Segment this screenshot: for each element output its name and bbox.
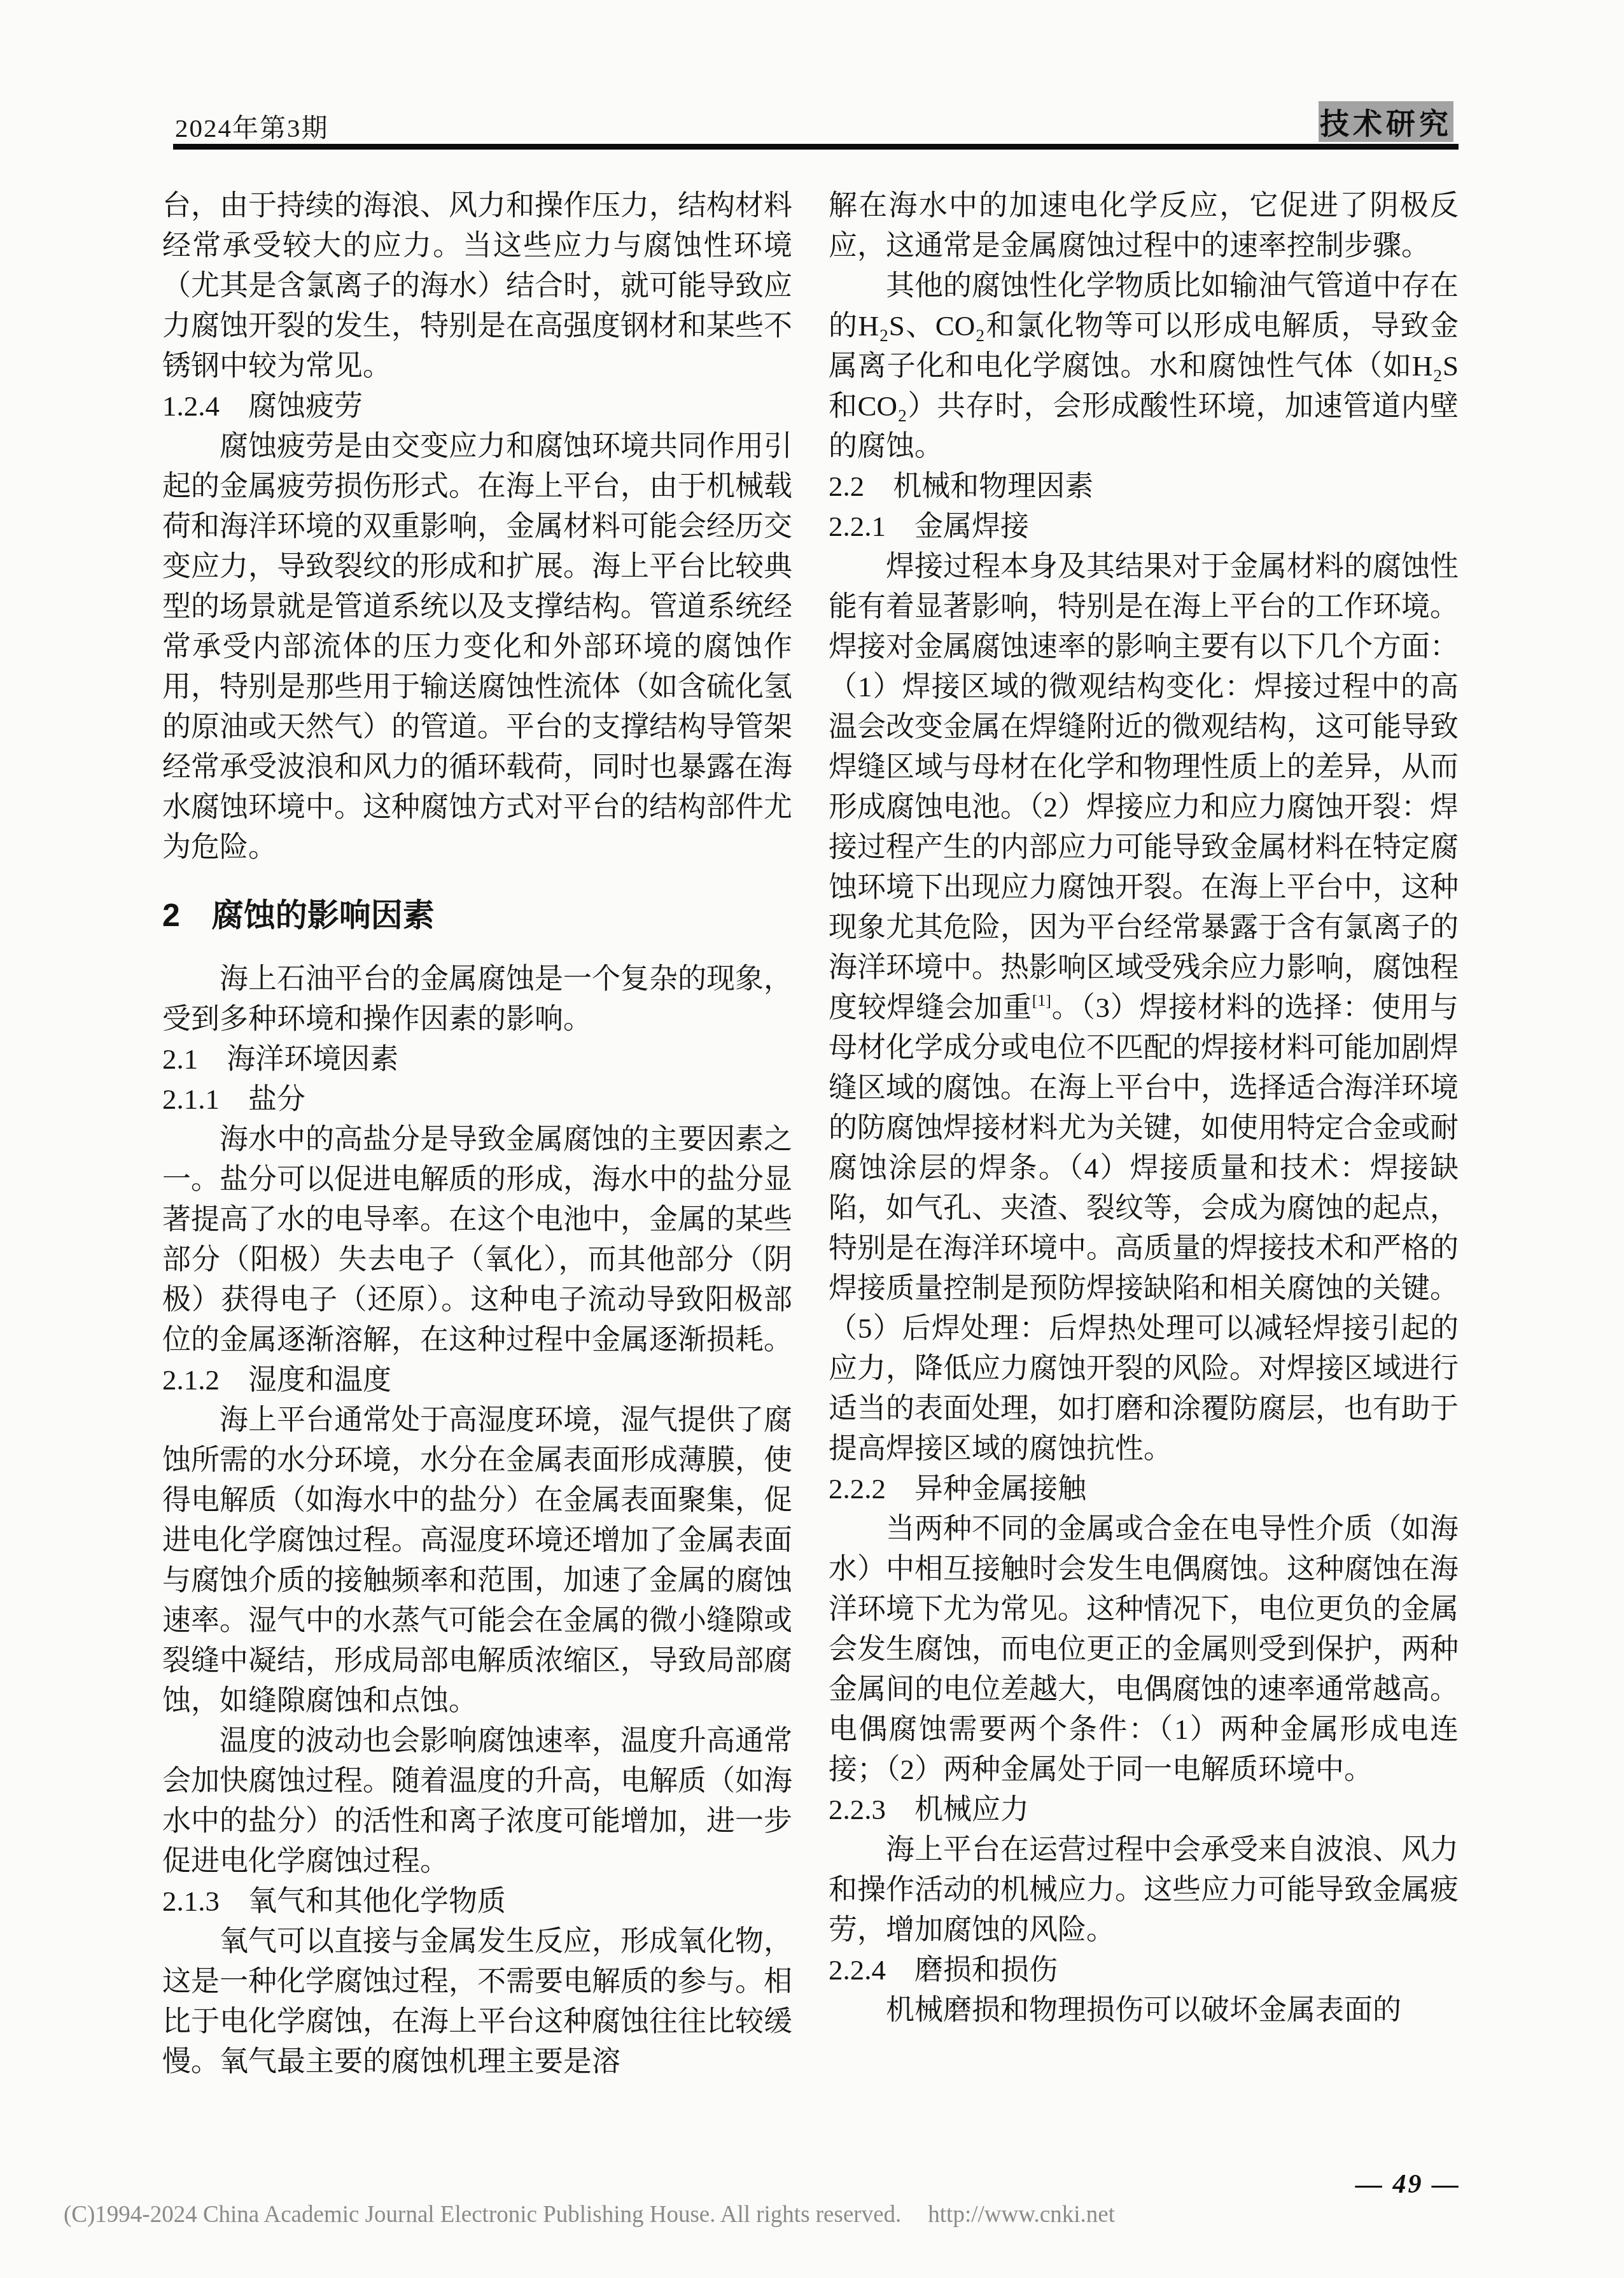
page-number: — 49 —: [1355, 2169, 1460, 2200]
paragraph: 腐蚀疲劳是由交变应力和腐蚀环境共同作用引起的金属疲劳损伤形式。在海上平台，由于机…: [162, 426, 792, 868]
paragraph: 解在海水中的加速电化学反应，它促进了阴极反应，这通常是金属腐蚀过程中的速率控制步…: [829, 186, 1459, 266]
section-heading: 2.2.4 磨损和损伤: [829, 1950, 1459, 1990]
header-rule: [173, 144, 1459, 150]
section-heading: 1.2.4 腐蚀疲劳: [162, 386, 792, 426]
paragraph: 温度的波动也会影响腐蚀速率，温度升高通常会加快腐蚀过程。随着温度的升高，电解质（…: [162, 1721, 792, 1881]
citation-marker: [1]: [1032, 991, 1051, 1009]
section-heading: 2.2.3 机械应力: [829, 1790, 1459, 1830]
paragraph: 焊接过程本身及其结果对于金属材料的腐蚀性能有着显著影响，特别是在海上平台的工作环…: [829, 547, 1459, 1469]
column-right: 解在海水中的加速电化学反应，它促进了阴极反应，这通常是金属腐蚀过程中的速率控制步…: [829, 186, 1459, 2030]
paragraph: 海水中的高盐分是导致金属腐蚀的主要因素之一。盐分可以促进电解质的形成，海水中的盐…: [162, 1120, 792, 1360]
paragraph: 海上平台通常处于高湿度环境，湿气提供了腐蚀所需的水分环境，水分在金属表面形成薄膜…: [162, 1400, 792, 1721]
section-heading: 2.2.1 金属焊接: [829, 507, 1459, 547]
section-heading: 2.2 机械和物理因素: [829, 467, 1459, 507]
section-heading: 2.1.3 氧气和其他化学物质: [162, 1881, 792, 1922]
copyright-text: (C)1994-2024 China Academic Journal Elec…: [64, 2202, 901, 2228]
column-left: 台，由于持续的海浪、风力和操作压力，结构材料经常承受较大的应力。当这些应力与腐蚀…: [162, 186, 792, 2082]
paragraph: 当两种不同的金属或合金在电导性介质（如海水）中相互接触时会发生电偶腐蚀。这种腐蚀…: [829, 1509, 1459, 1790]
paragraph: 海上平台在运营过程中会承受来自波浪、风力和操作活动的机械应力。这些应力可能导致金…: [829, 1830, 1459, 1950]
paragraph: 其他的腐蚀性化学物质比如输油气管道中存在的H₂S、CO₂和氯化物等可以形成电解质…: [829, 266, 1459, 467]
section-heading: 2.1 海洋环境因素: [162, 1039, 792, 1079]
section-heading: 2.2.2 异种金属接触: [829, 1469, 1459, 1509]
section-heading: 2 腐蚀的影响因素: [162, 893, 792, 938]
copyright-line: (C)1994-2024 China Academic Journal Elec…: [64, 2201, 1115, 2228]
copyright-url: http://www.cnki.net: [928, 2202, 1115, 2228]
paragraph: 氧气可以直接与金属发生反应，形成氧化物，这是一种化学腐蚀过程，不需要电解质的参与…: [162, 1922, 792, 2082]
paragraph: 台，由于持续的海浪、风力和操作压力，结构材料经常承受较大的应力。当这些应力与腐蚀…: [162, 186, 792, 386]
paragraph: 海上石油平台的金属腐蚀是一个复杂的现象，受到多种环境和操作因素的影响。: [162, 959, 792, 1039]
header-issue-label: 2024年第3期: [175, 107, 329, 144]
section-heading: 2.1.2 湿度和温度: [162, 1360, 792, 1400]
journal-page: 2024年第3期 技术研究 台，由于持续的海浪、风力和操作压力，结构材料经常承受…: [0, 0, 1624, 2278]
section-heading: 2.1.1 盐分: [162, 1079, 792, 1120]
section-badge: 技术研究: [1319, 101, 1453, 142]
paragraph: 机械磨损和物理损伤可以破坏金属表面的: [829, 1990, 1459, 2030]
